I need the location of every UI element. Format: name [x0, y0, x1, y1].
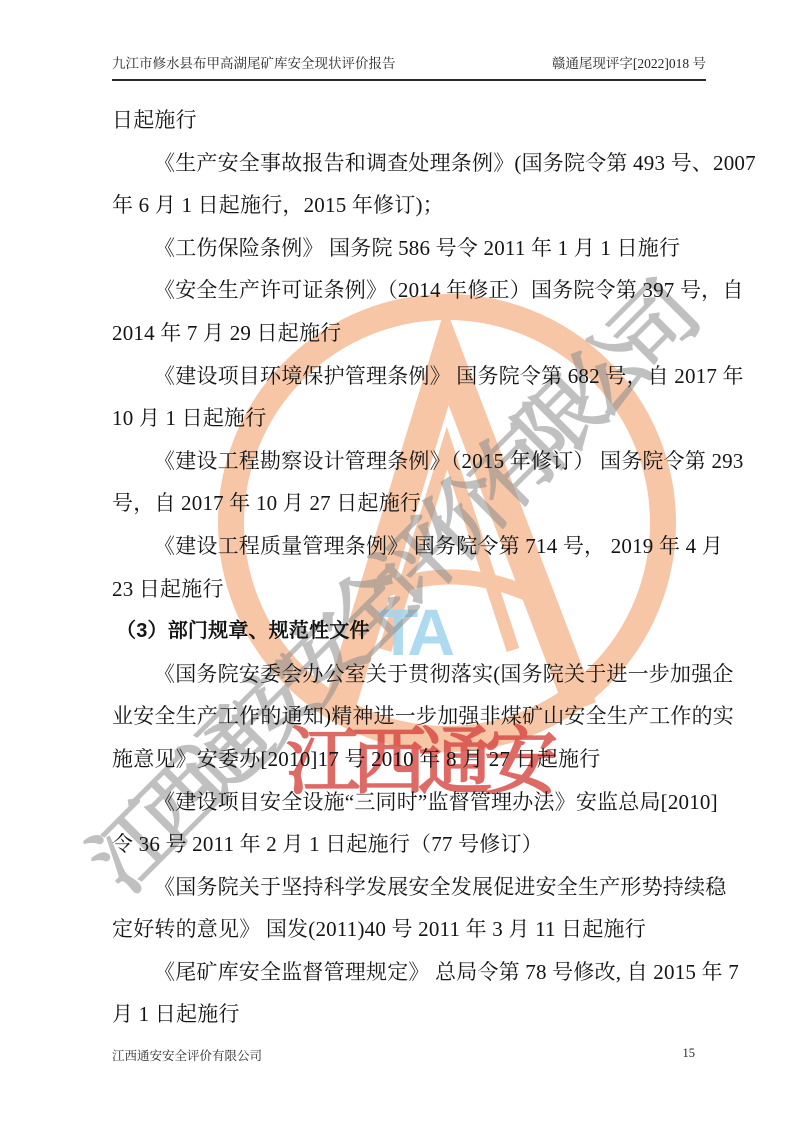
page-footer: 江西通安安全评价有限公司 15 — [112, 1046, 695, 1064]
body-line: 月 1 日起施行 — [112, 993, 708, 1036]
body-text: 日起施行《生产安全事故报告和调查处理条例》(国务院令第 493 号、2007年 … — [112, 99, 708, 1036]
header-document-number: 赣通尾现评字[2022]018 号 — [552, 52, 706, 72]
body-line: 令 36 号 2011 年 2 月 1 日起施行（77 号修订） — [112, 823, 708, 866]
footer-company-name: 江西通安安全评价有限公司 — [112, 1046, 262, 1064]
body-line: 《建设工程质量管理条例》 国务院令第 714 号， 2019 年 4 月 — [112, 525, 708, 568]
body-line: 《工伤保险条例》 国务院 586 号令 2011 年 1 月 1 日施行 — [112, 227, 708, 270]
body-line: 《国务院安委会办公室关于贯彻落实(国务院关于进一步加强企 — [112, 653, 708, 696]
body-line: 《生产安全事故报告和调查处理条例》(国务院令第 493 号、2007 — [112, 142, 708, 185]
body-line: 日起施行 — [112, 99, 708, 142]
body-line: 《国务院关于坚持科学发展安全发展促进安全生产形势持续稳 — [112, 866, 708, 909]
body-line: 2014 年 7 月 29 日起施行 — [112, 312, 708, 355]
body-line: 《建设工程勘察设计管理条例》（2015 年修订） 国务院令第 293 — [112, 440, 708, 483]
body-line: （3）部门规章、规范性文件 — [112, 610, 708, 653]
header-rule — [112, 79, 706, 81]
body-line: 《建设项目环境保护管理条例》 国务院令第 682 号，自 2017 年 — [112, 355, 708, 398]
body-line: 施意见》安委办[2010]17 号 2010 年 8 月 27 日起施行 — [112, 738, 708, 781]
body-line: 10 月 1 日起施行 — [112, 397, 708, 440]
body-line: 23 日起施行 — [112, 568, 708, 611]
document-page: TA 江西通安安全评价有限公司 江西通安 九江市修水县布甲高湖尾矿库安全现状评价… — [0, 0, 800, 1131]
footer-page-number: 15 — [683, 1046, 696, 1064]
page-header: 九江市修水县布甲高湖尾矿库安全现状评价报告 赣通尾现评字[2022]018 号 — [112, 52, 706, 72]
body-line: 号，自 2017 年 10 月 27 日起施行 — [112, 482, 708, 525]
body-line: 年 6 月 1 日起施行，2015 年修订)； — [112, 184, 708, 227]
body-line: 业安全生产工作的通知)精神进一步加强非煤矿山安全生产工作的实 — [112, 695, 708, 738]
body-line: 《安全生产许可证条例》（2014 年修正）国务院令第 397 号，自 — [112, 269, 708, 312]
header-report-title: 九江市修水县布甲高湖尾矿库安全现状评价报告 — [112, 52, 396, 72]
body-line: 《建设项目安全设施“三同时”监督管理办法》安监总局[2010] — [112, 781, 708, 824]
body-line: 《尾矿库安全监督管理规定》 总局令第 78 号修改, 自 2015 年 7 — [112, 951, 708, 994]
body-line: 定好转的意见》 国发(2011)40 号 2011 年 3 月 11 日起施行 — [112, 908, 708, 951]
